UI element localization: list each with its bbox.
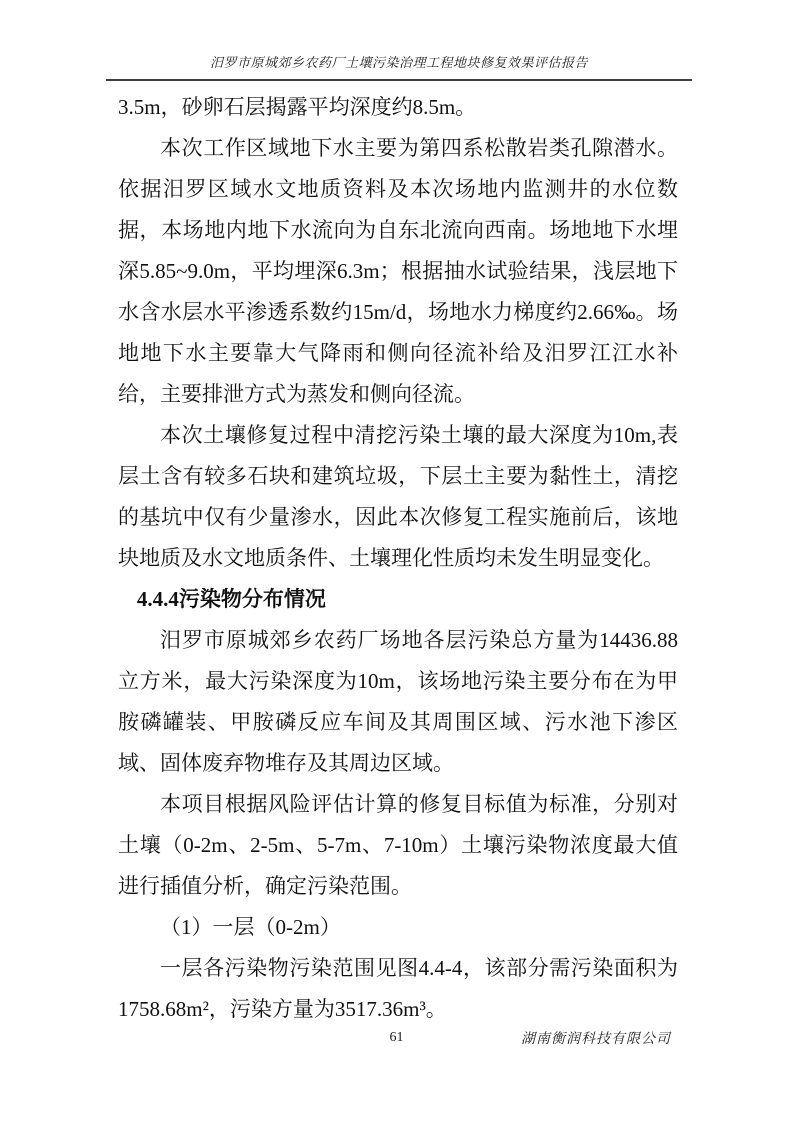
section-paragraph-interpolation: 本项目根据风险评估计算的修复目标值为标准，分别对土壤（0-2m、2-5m、5-7… [118, 784, 678, 907]
body-paragraph-groundwater: 本次工作区域地下水主要为第四系松散岩类孔隙潜水。依据汨罗区域水文地质资料及本次场… [118, 128, 678, 415]
body-paragraph-remediation: 本次土壤修复过程中清挖污染土壤的最大深度为10m,表层土含有较多石块和建筑垃圾，… [118, 415, 678, 579]
report-title-header: 汨罗市原城郊乡农药厂土壤污染治理工程地块修复效果评估报告 [106, 52, 692, 71]
header-rule [106, 79, 692, 81]
body-paragraph-continuation: 3.5m，砂卵石层揭露平均深度约8.5m。 [118, 87, 678, 128]
section-heading-4-4-4: 4.4.4污染物分布情况 [118, 579, 678, 620]
document-page: 汨罗市原城郊乡农药厂土壤污染治理工程地块修复效果评估报告 3.5m，砂卵石层揭露… [0, 0, 793, 1122]
page-number: 61 [0, 1030, 793, 1046]
section-paragraph-layer-one-area: 一层各污染物污染范围见图4.4-4，该部分需污染面积为1758.68m²，污染方… [118, 948, 678, 1030]
section-paragraph-pollution-volume: 汨罗市原城郊乡农药厂场地各层污染总方量为14436.88立方米，最大污染深度为1… [118, 620, 678, 784]
section-subitem-layer-one: （1）一层（0-2m） [118, 907, 678, 948]
footer-company-name: 湖南衡润科技有限公司 [521, 1028, 671, 1048]
page-header: 汨罗市原城郊乡农药厂土壤污染治理工程地块修复效果评估报告 [106, 52, 692, 81]
document-body: 3.5m，砂卵石层揭露平均深度约8.5m。 本次工作区域地下水主要为第四系松散岩… [118, 87, 678, 1030]
